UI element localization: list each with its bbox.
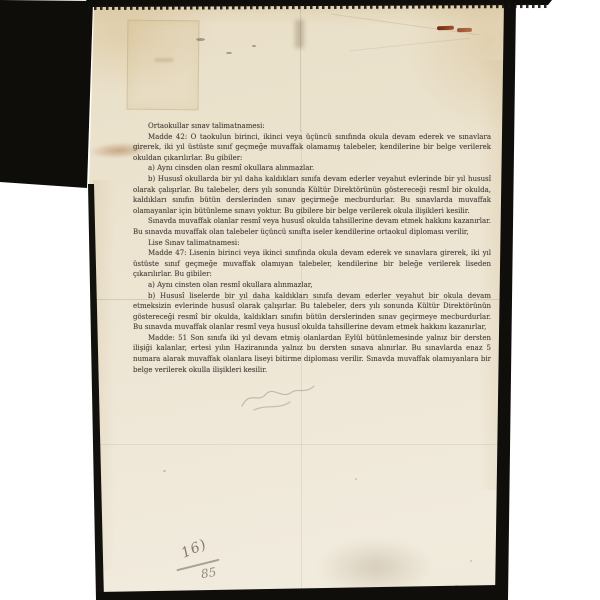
paragraph-item-a2: a) Aynı cinsten olan resmî okullara alın… [133, 280, 491, 291]
section-heading-ortaokul: Ortaokullar sınav talimatnamesi: [133, 121, 491, 132]
ink-speck [196, 38, 205, 41]
fox-spot [163, 470, 166, 472]
paragraph-madde-47: Madde 47: Lisenin birinci veya ikinci sı… [133, 248, 491, 280]
fold-crease-horizontal [92, 444, 502, 446]
red-pencil-mark [457, 28, 472, 32]
stamp-ghost [127, 20, 200, 111]
fox-spot [355, 478, 357, 480]
ink-speck [226, 52, 232, 54]
photo-canvas: Ortaokullar sınav talimatnamesi: Madde 4… [0, 0, 600, 600]
fold-smudge [295, 20, 304, 48]
pencil-scribble [238, 380, 318, 416]
red-pencil-mark [437, 26, 454, 31]
paragraph-sinavda: Sınavda muvaffak olanlar resmî veya husu… [133, 216, 491, 237]
pencil-annotation: 16) [179, 536, 210, 561]
fox-spot [470, 560, 472, 562]
paragraph-madde-51: Madde: 51 Son sınıfa iki yıl devam etmiş… [133, 333, 491, 375]
stamp-ghost-mark [155, 58, 173, 62]
wrinkle [350, 38, 469, 52]
pencil-annotation: 85 [200, 565, 217, 581]
paragraph-item-a: a) Aynı cinsden olan resmî okullara alın… [133, 163, 491, 174]
paragraph-item-b: b) Hususî okullarda bir yıl daha kaldıkl… [133, 174, 491, 216]
printed-text-block: Ortaokullar sınav talimatnamesi: Madde 4… [133, 121, 491, 375]
section-heading-lise: Lise Sınav talimatnamesi: [133, 238, 491, 249]
paragraph-madde-42: Madde 42: O taokulun birinci, ikinci vey… [133, 132, 491, 164]
paragraph-item-b2: b) Hususî liselerde bir yıl daha kaldıkl… [133, 291, 491, 333]
ink-speck [252, 45, 256, 47]
